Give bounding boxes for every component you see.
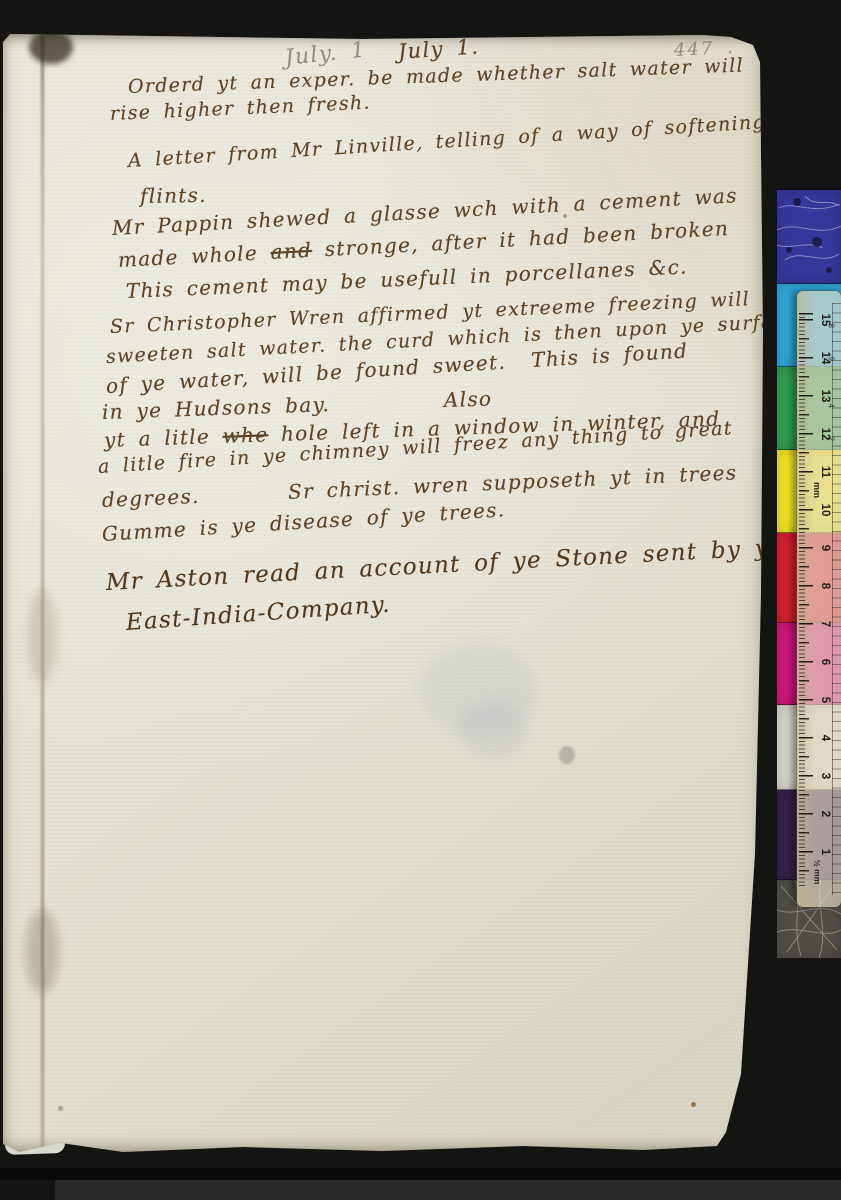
ruler-inner-number: 2	[827, 437, 836, 447]
paper-speck	[58, 1106, 63, 1111]
ruler-ladder-grid	[832, 303, 841, 895]
struck-word: whe	[222, 422, 269, 448]
ruler-number: 4	[815, 729, 831, 747]
ruler-number: 1	[815, 843, 831, 861]
manuscript-line: Mr Aston read an account of ye Stone sen…	[105, 534, 784, 595]
table-surface	[55, 1180, 841, 1200]
ruler-number: 6	[815, 653, 831, 671]
ruler-ticks-mm	[799, 311, 805, 887]
date-annotation-pencil: July. 1	[284, 38, 368, 71]
paper-speck	[691, 1102, 696, 1107]
table-shadow	[0, 1168, 841, 1180]
text-segment: made whole	[117, 240, 271, 272]
ruler-number: 9	[815, 539, 831, 557]
ruler-unit-label: mm	[812, 482, 822, 498]
ruler-number: 3	[815, 767, 831, 785]
paper-stain	[559, 746, 575, 764]
crease-stain	[27, 589, 57, 684]
ruler-inner-number: 9	[827, 357, 836, 367]
date-heading-ink: July 1.	[397, 34, 480, 64]
ruler-number: 13	[815, 387, 831, 405]
manuscript-line: A letter from Mr Linville, telling of a …	[127, 111, 766, 172]
manuscript-line: flints.	[140, 183, 207, 208]
text-segment: yt a litle	[104, 424, 223, 452]
struck-word: and	[270, 238, 313, 264]
manuscript-page: July. 1 July 1. 447 . Orderd yt an exper…	[3, 34, 768, 1152]
color-patch-dark-blue	[777, 190, 841, 284]
manuscript-line: East-India-Company.	[125, 592, 391, 636]
ruler-inner-number: 8	[827, 324, 836, 334]
watermark-showthrough	[458, 699, 528, 759]
ruler-number: 11	[815, 463, 831, 481]
crease-stain	[29, 30, 73, 64]
ruler-number: 7	[815, 615, 831, 633]
ruler-inner-number: 4	[827, 404, 836, 414]
transparent-ruler: 151413121110987654321 mm ½ mm 8942	[797, 291, 841, 907]
photo-background: July. 1 July 1. 447 . Orderd yt an exper…	[0, 0, 841, 1200]
ruler-number: 10	[815, 501, 831, 519]
ruler-number: 8	[815, 577, 831, 595]
color-calibration-strip: 151413121110987654321 mm ½ mm 8942	[775, 188, 841, 960]
crease-stain	[25, 909, 59, 994]
ruler-number: 5	[815, 691, 831, 709]
ruler-half-unit-label: ½ mm	[812, 860, 822, 885]
ruler-number: 2	[815, 805, 831, 823]
